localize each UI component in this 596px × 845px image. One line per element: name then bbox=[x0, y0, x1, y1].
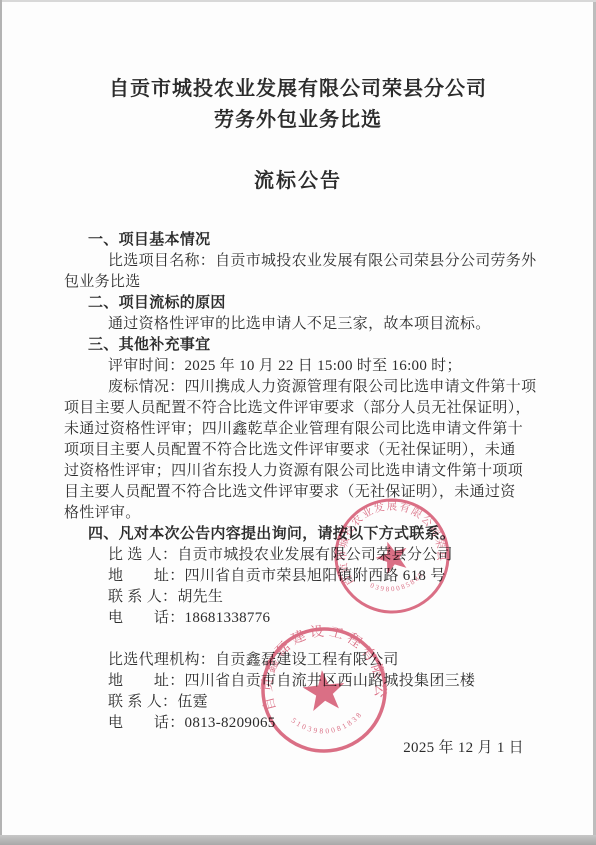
document-title-line2: 劳务外包业务比选 bbox=[0, 105, 596, 136]
contact-label: 电 话： bbox=[108, 715, 185, 731]
seal-serial-number: 03980085885 bbox=[367, 565, 428, 601]
body-line: 比选项目名称：自贡市城投农业发展有限公司荣县分公司劳务外 bbox=[64, 251, 546, 272]
contact-row-bidder-person: 联 系 人：胡先生 bbox=[64, 587, 546, 608]
contact-row-bidder-address: 地 址：四川省自贡市荣县旭阳镇附西路 618 号 bbox=[64, 566, 546, 587]
svg-text:5103980081838: 5103980081838 bbox=[289, 708, 366, 739]
contact-label: 比 选 人： bbox=[108, 547, 177, 563]
document-subtitle: 流标公告 bbox=[0, 166, 596, 197]
contact-value: 伍霆 bbox=[177, 694, 208, 710]
contact-label: 联 系 人： bbox=[108, 589, 177, 605]
document-title-line1: 自贡市城投农业发展有限公司荣县分公司 bbox=[0, 74, 596, 105]
body-line: 通过资格性评审的比选申请人不足三家，故本项目流标。 bbox=[64, 314, 546, 335]
body-line: 未通过资格性评审；四川鑫乾草企业管理有限公司比选申请文件第十 bbox=[64, 419, 546, 440]
body-line: 过资格性评审；四川省东投人力资源有限公司比选申请文件第十项项 bbox=[64, 461, 546, 482]
body-line: 废标情况：四川携成人力资源管理有限公司比选申请文件第十项 bbox=[64, 377, 546, 398]
svg-text:03980085885: 03980085885 bbox=[367, 565, 428, 601]
body-line: 包业务比选 bbox=[64, 272, 546, 293]
contact-value: 胡先生 bbox=[177, 589, 223, 605]
body-line: 评审时间：2025 年 10 月 22 日 15:00 时至 16:00 时； bbox=[64, 356, 546, 377]
body-line: 项项目主要人员配置不符合比选文件评审要求（无社保证明），未通 bbox=[64, 440, 546, 461]
contact-label: 联 系 人： bbox=[108, 694, 177, 710]
section-heading: 三、其他补充事宜 bbox=[64, 335, 546, 356]
section-heading: 二、项目流标的原因 bbox=[64, 293, 546, 314]
contact-label: 比选代理机构： bbox=[108, 652, 215, 668]
agency-company-seal: 自贡鑫磊建设工程有限公司 5103980081838 bbox=[251, 617, 396, 762]
seal-star-icon bbox=[372, 537, 412, 576]
body-line: 格性评审。 bbox=[64, 503, 546, 524]
document-header: 自贡市城投农业发展有限公司荣县分公司 劳务外包业务比选 流标公告 bbox=[0, 74, 596, 197]
contact-value: 18681338776 bbox=[185, 610, 271, 626]
contact-label: 地 址： bbox=[108, 673, 185, 689]
seal-star-icon bbox=[301, 668, 347, 712]
contact-label: 地 址： bbox=[108, 568, 185, 584]
seal-serial-number: 5103980081838 bbox=[289, 708, 366, 739]
scan-bottom-edge bbox=[0, 835, 596, 845]
section-heading: 四、凡对本次公告内容提出询问，请按以下方式联系。 bbox=[64, 524, 546, 545]
contact-row-bidder: 比 选 人：自贡市城投农业发展有限公司荣县分公司 bbox=[64, 545, 546, 566]
body-line: 项目主要人员配置不符合比选文件评审要求（部分人员无社保证明）， bbox=[64, 398, 546, 419]
body-line: 目主要人员配置不符合比选文件评审要求（无社保证明），未通过资 bbox=[64, 482, 546, 503]
scanned-document-page: { "page": { "title_line1": "自贡市城投农业发展有限公… bbox=[0, 0, 596, 845]
section-heading: 一、项目基本情况 bbox=[64, 230, 546, 251]
contact-label: 电 话： bbox=[108, 610, 185, 626]
